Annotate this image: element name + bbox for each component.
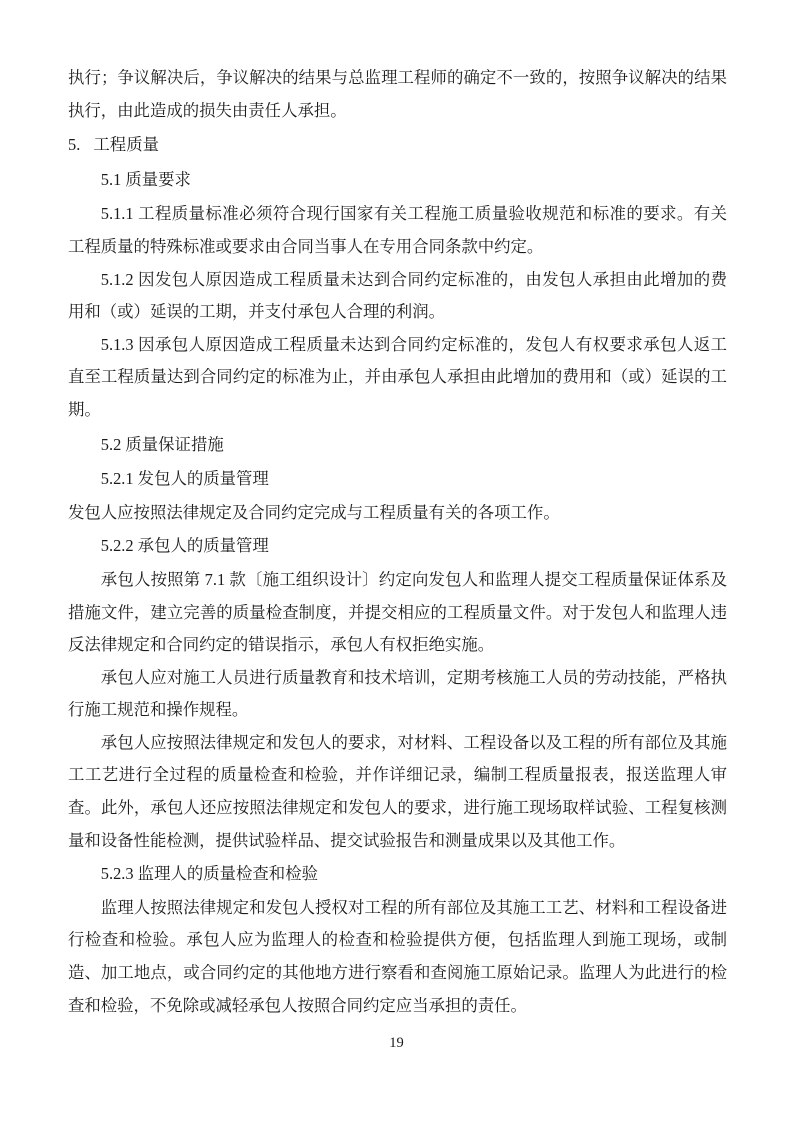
document-body: 执行；争议解决后，争议解决的结果与总监理工程师的确定不一致的，按照争议解决的结果… <box>68 62 727 1022</box>
section-heading: 5.2 质量保证措施 <box>68 429 727 462</box>
document-page: 执行；争议解决后，争议解决的结果与总监理工程师的确定不一致的，按照争议解决的结果… <box>0 0 793 1122</box>
page-footer: 19 <box>0 1035 793 1052</box>
paragraph: 发包人应按照法律规定及合同约定完成与工程质量有关的各项工作。 <box>68 497 727 530</box>
paragraph: 5.1.2 因发包人原因造成工程质量未达到合同约定标准的，由发包人承担由此增加的… <box>68 264 727 329</box>
page-number: 19 <box>389 1035 404 1051</box>
paragraph: 执行；争议解决后，争议解决的结果与总监理工程师的确定不一致的，按照争议解决的结果… <box>68 62 727 127</box>
section-heading: 5.2.3 监理人的质量检查和检验 <box>68 858 727 891</box>
paragraph: 5.1.3 因承包人原因造成工程质量未达到合同约定标准的，发包人有权要求承包人返… <box>68 329 727 427</box>
paragraph: 承包人按照第 7.1 款〔施工组织设计〕约定向发包人和监理人提交工程质量保证体系… <box>68 564 727 662</box>
section-heading: 5.2.2 承包人的质量管理 <box>68 530 727 563</box>
paragraph: 承包人应按照法律规定和发包人的要求，对材料、工程设备以及工程的所有部位及其施工工… <box>68 727 727 857</box>
paragraph: 5.1.1 工程质量标准必须符合现行国家有关工程施工质量验收规范和标准的要求。有… <box>68 198 727 263</box>
paragraph: 承包人应对施工人员进行质量教育和技术培训，定期考核施工人员的劳动技能，严格执行施… <box>68 662 727 727</box>
section-heading: 5. 工程质量 <box>68 129 727 162</box>
paragraph: 监理人按照法律规定和发包人授权对工程的所有部位及其施工工艺、材料和工程设备进行检… <box>68 892 727 1022</box>
section-heading: 5.1 质量要求 <box>68 164 727 197</box>
section-heading: 5.2.1 发包人的质量管理 <box>68 463 727 496</box>
